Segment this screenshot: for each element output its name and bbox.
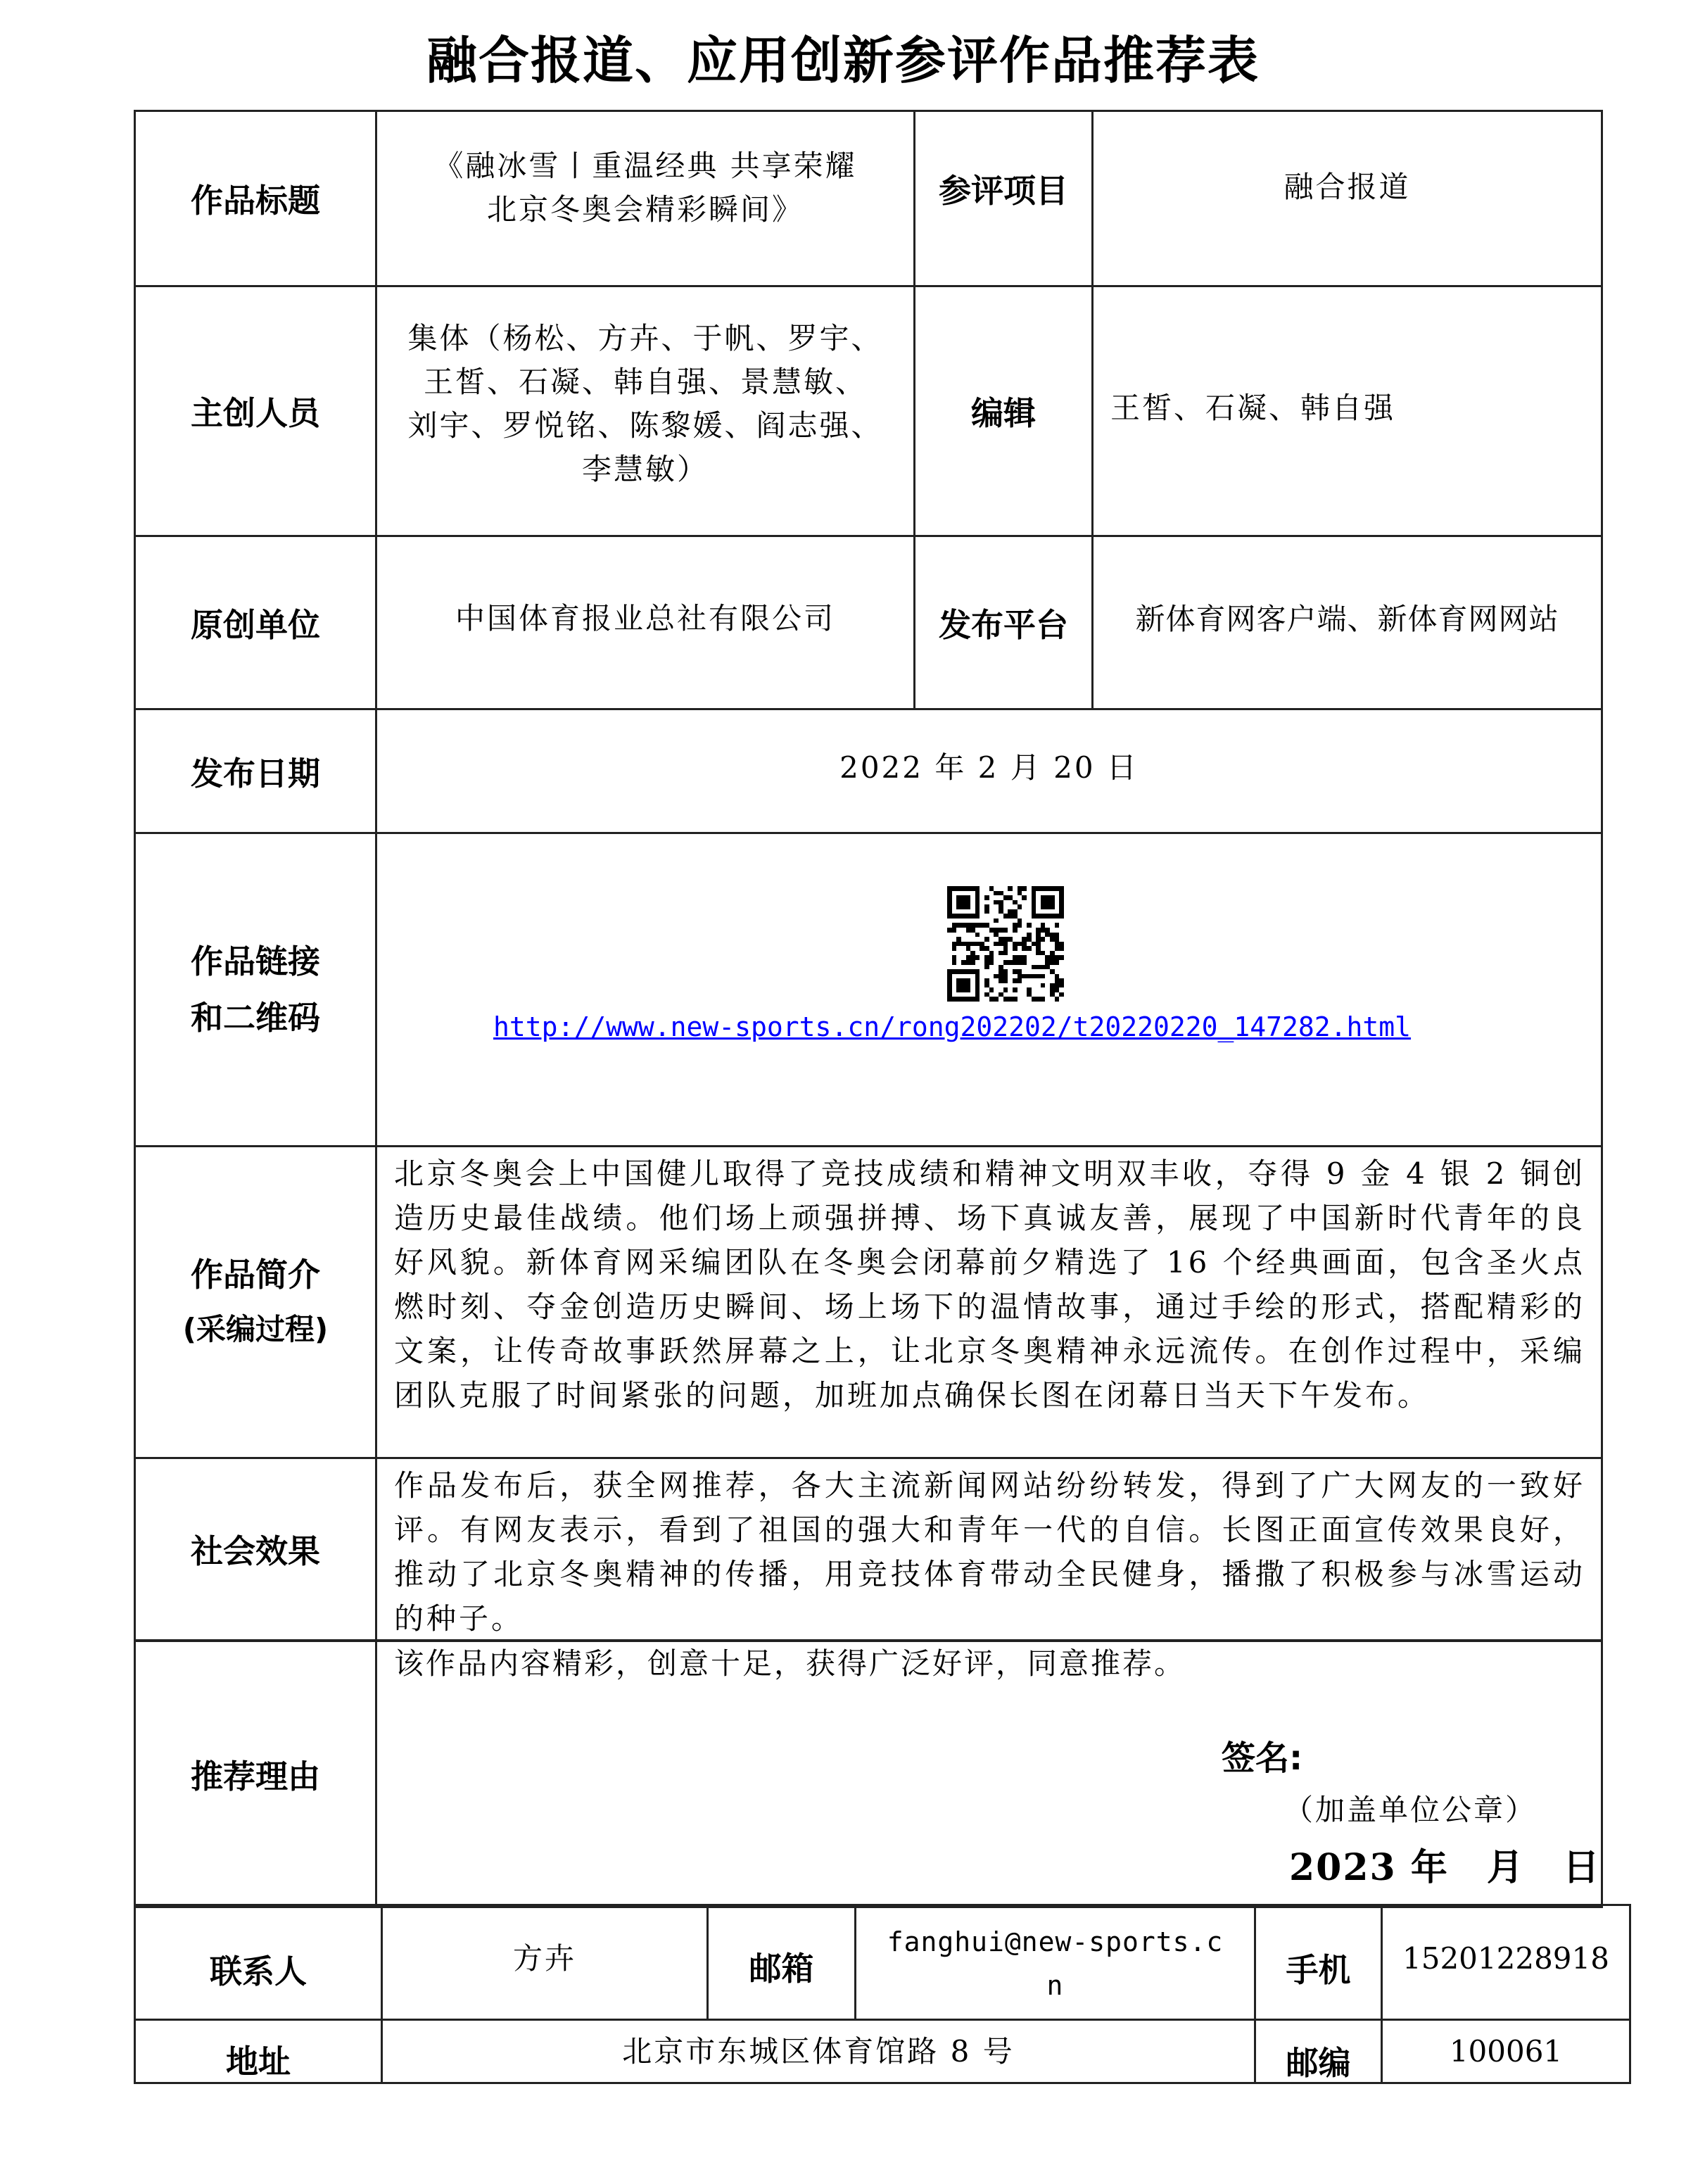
editors-value: 王皙、石凝、韩自强 xyxy=(1091,285,1603,537)
email-value[interactable]: fanghui@new-sports.c n xyxy=(854,1904,1256,2021)
creators-line-4: 李慧敏） xyxy=(582,448,709,491)
reason-text: 该作品内容精彩，创意十足，获得广泛好评，同意推荐。 xyxy=(394,1642,1186,1686)
work-title-value: 《融冰雪丨重温经典 共享荣耀 北京冬奥会精彩瞬间》 xyxy=(375,110,915,287)
address-label: 地址 xyxy=(134,2019,383,2084)
contact-value-text: 方卉 xyxy=(513,1937,576,1981)
qr-code-icon[interactable] xyxy=(947,886,1064,1002)
phone-label: 手机 xyxy=(1254,1904,1383,2021)
address-value: 北京市东城区体育馆路 8 号 xyxy=(381,2019,1256,2084)
org-label-text: 原创单位 xyxy=(191,600,320,646)
work-title-label-text: 作品标题 xyxy=(191,175,320,222)
link-label: 作品链接 和二维码 xyxy=(134,832,377,1147)
editors-label: 编辑 xyxy=(913,285,1094,537)
creators-line-2: 王皙、石凝、韩自强、景慧敏、 xyxy=(424,360,867,404)
creators-line-1: 集体（杨松、方卉、于帆、罗宇、 xyxy=(407,317,882,360)
phone-value: 15201228918 xyxy=(1381,1904,1631,2021)
org-label: 原创单位 xyxy=(134,535,377,710)
creators-label: 主创人员 xyxy=(134,285,377,537)
category-value-text: 融合报道 xyxy=(1283,165,1410,209)
link-cell: http://www.new-sports.cn/rong202202/t202… xyxy=(375,832,1603,1147)
seal-note: （加盖单位公章） xyxy=(1283,1788,1537,1832)
work-title-line-2: 北京冬奥会精彩瞬间》 xyxy=(487,188,804,232)
email-line-2: n xyxy=(1047,1964,1064,2007)
category-value: 融合报道 xyxy=(1091,110,1603,287)
contact-label: 联系人 xyxy=(134,1904,383,2021)
date-label-text: 发布日期 xyxy=(191,748,320,795)
email-line-1: fanghui@new-sports.c xyxy=(887,1920,1224,1964)
platform-value-text: 新体育网客户端、新体育网网站 xyxy=(1135,598,1559,641)
org-value: 中国体育报业总社有限公司 xyxy=(375,535,915,710)
postcode-value-text: 100061 xyxy=(1450,2030,1562,2073)
reason-label-text: 推荐理由 xyxy=(191,1751,320,1798)
work-title-label: 作品标题 xyxy=(134,110,377,287)
creators-label-text: 主创人员 xyxy=(191,388,320,434)
phone-label-text: 手机 xyxy=(1286,1933,1351,1991)
category-label: 参评项目 xyxy=(913,110,1094,287)
creators-line-3: 刘宇、罗悦铭、陈黎媛、阎志强、 xyxy=(407,404,882,448)
summary-label-line-2: (采编过程) xyxy=(183,1302,328,1357)
link-label-line-1: 作品链接 xyxy=(191,933,320,990)
effect-text: 作品发布后，获全网推荐，各大主流新闻网站纷纷转发，得到了广大网友的一致好评。有网… xyxy=(375,1457,1603,1641)
editors-value-text: 王皙、石凝、韩自强 xyxy=(1110,386,1395,430)
date-value: 2022 年 2 月 20 日 xyxy=(375,708,1603,834)
postcode-value: 100061 xyxy=(1381,2019,1631,2084)
link-label-line-2: 和二维码 xyxy=(191,990,320,1046)
date-value-text: 2022 年 2 月 20 日 xyxy=(839,746,1139,790)
platform-label-text: 发布平台 xyxy=(939,600,1068,646)
editors-label-text: 编辑 xyxy=(971,388,1036,434)
reason-cell: 该作品内容精彩，创意十足，获得广泛好评，同意推荐。 签名: （加盖单位公章） 2… xyxy=(375,1640,1603,1908)
postcode-label: 邮编 xyxy=(1254,2019,1383,2084)
effect-label-text: 社会效果 xyxy=(191,1526,320,1572)
summary-label-line-1: 作品简介 xyxy=(191,1247,320,1302)
platform-value: 新体育网客户端、新体育网网站 xyxy=(1091,535,1603,710)
email-label-text: 邮箱 xyxy=(749,1935,814,1990)
creators-value: 集体（杨松、方卉、于帆、罗宇、 王皙、石凝、韩自强、景慧敏、 刘宇、罗悦铭、陈黎… xyxy=(375,285,915,537)
work-title-line-1: 《融冰雪丨重温经典 共享荣耀 xyxy=(433,144,856,188)
address-value-text: 北京市东城区体育馆路 8 号 xyxy=(622,2030,1014,2073)
document-title: 融合报道、应用创新参评作品推荐表 xyxy=(0,20,1686,93)
address-label-text: 地址 xyxy=(226,2021,291,2083)
effect-text-content: 作品发布后，获全网推荐，各大主流新闻网站纷纷转发，得到了广大网友的一致好评。有网… xyxy=(394,1463,1585,1641)
contact-value: 方卉 xyxy=(381,1904,709,2021)
category-label-text: 参评项目 xyxy=(939,165,1068,212)
sign-date: 2023 年 月 日 xyxy=(1289,1846,1601,1890)
date-label: 发布日期 xyxy=(134,708,377,834)
postcode-label-text: 邮编 xyxy=(1286,2019,1351,2084)
summary-text-content: 北京冬奥会上中国健儿取得了竞技成绩和精神文明双丰收，夺得 9 金 4 银 2 铜… xyxy=(394,1151,1585,1418)
reason-label: 推荐理由 xyxy=(134,1640,377,1908)
org-value-text: 中国体育报业总社有限公司 xyxy=(455,597,835,640)
platform-label: 发布平台 xyxy=(913,535,1094,710)
work-link[interactable]: http://www.new-sports.cn/rong202202/t202… xyxy=(493,1011,1411,1042)
signature-label: 签名: xyxy=(1222,1731,1302,1779)
effect-label: 社会效果 xyxy=(134,1457,377,1641)
summary-label: 作品简介 (采编过程) xyxy=(134,1145,377,1459)
email-label: 邮箱 xyxy=(706,1904,856,2021)
summary-text: 北京冬奥会上中国健儿取得了竞技成绩和精神文明双丰收，夺得 9 金 4 银 2 铜… xyxy=(375,1145,1603,1459)
phone-value-text: 15201228918 xyxy=(1402,1937,1609,1981)
contact-label-text: 联系人 xyxy=(210,1932,307,1993)
